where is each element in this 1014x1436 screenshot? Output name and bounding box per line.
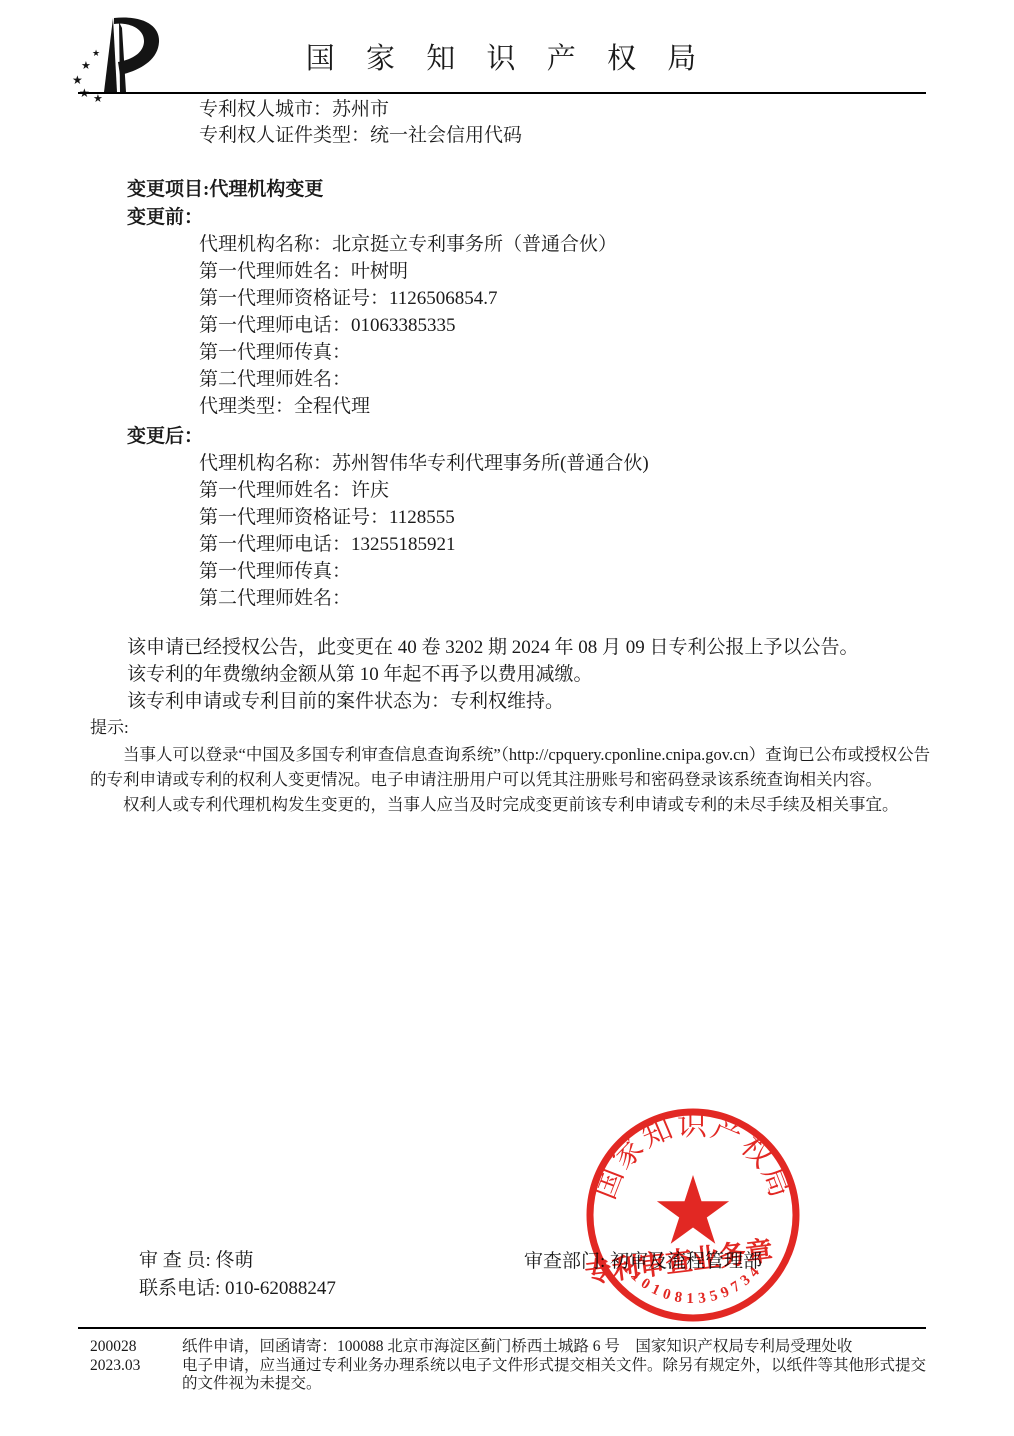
tips-block: 当事人可以登录“中国及多国专利审查信息查询系统”（http://cpquery.… <box>90 742 940 817</box>
footer-rule <box>78 1327 926 1329</box>
announcement-publication-line: 该申请已经授权公告，此变更在 40 卷 3202 期 2024 年 08 月 0… <box>127 634 859 661</box>
before-agency-type: 代理类型：全程代理 <box>199 393 617 420</box>
change-before-label: 变更前： <box>127 204 203 231</box>
announcement-fee-line: 该专利的年费缴纳金额从第 10 年起不再予以费用减缴。 <box>127 661 859 688</box>
patentee-city-line: 专利权人城市：苏州市 <box>199 96 389 123</box>
change-item-label: 变更项目:代理机构变更 <box>127 176 323 203</box>
seal-star-icon <box>657 1175 729 1244</box>
before-change-list: 代理机构名称：北京挺立专利事务所（普通合伙） 第一代理师姓名：叶树明 第一代理师… <box>199 231 617 420</box>
after-first-agent-fax: 第一代理师传真： <box>199 558 649 585</box>
change-after-label: 变更后： <box>127 423 203 450</box>
tips-paragraph-query-system: 当事人可以登录“中国及多国专利审查信息查询系统”（http://cpquery.… <box>90 742 940 792</box>
agency-title: 国 家 知 识 产 权 局 <box>0 36 1014 77</box>
tips-label: 提示: <box>90 716 129 740</box>
footer-paper-filing-note: 纸件申请，回函请寄：100088 北京市海淀区蓟门桥西土城路 6 号 国家知识产… <box>182 1338 938 1357</box>
after-first-agent-phone: 第一代理师电话：13255185921 <box>199 531 649 558</box>
announcement-status-line: 该专利申请或专利目前的案件状态为：专利权维持。 <box>127 688 859 715</box>
before-second-agent-name: 第二代理师姓名： <box>199 366 617 393</box>
document-page: ★ ★ ★ ★ ★ 国 家 知 识 产 权 局 专利权人城市：苏州市 专利权人证… <box>0 0 1014 1436</box>
before-first-agent-name: 第一代理师姓名：叶树明 <box>199 258 617 285</box>
announcement-block: 该申请已经授权公告，此变更在 40 卷 3202 期 2024 年 08 月 0… <box>127 634 859 715</box>
after-first-agent-name: 第一代理师姓名：许庆 <box>199 477 649 504</box>
tips-paragraph-obligation: 权利人或专利代理机构发生变更的，当事人应当及时完成变更前该专利申请或专利的未尽手… <box>90 792 940 817</box>
before-agency-name: 代理机构名称：北京挺立专利事务所（普通合伙） <box>199 231 617 258</box>
footer-electronic-filing-note: 电子申请，应当通过专利业务办理系统以电子文件形式提交相关文件。除另有规定外，以纸… <box>182 1357 938 1394</box>
examiner-line: 审 查 员: 佟萌 <box>139 1247 254 1274</box>
patentee-cert-type-line: 专利权人证件类型：统一社会信用代码 <box>199 122 522 149</box>
before-first-agent-phone: 第一代理师电话：01063385335 <box>199 312 617 339</box>
footer-notes: 纸件申请，回函请寄：100088 北京市海淀区蓟门桥西土城路 6 号 国家知识产… <box>182 1338 938 1394</box>
before-first-agent-fax: 第一代理师传真： <box>199 339 617 366</box>
before-first-agent-cert: 第一代理师资格证号：1126506854.7 <box>199 285 617 312</box>
header-rule <box>78 92 926 94</box>
after-second-agent-name: 第二代理师姓名： <box>199 585 649 612</box>
form-date: 2023.03 <box>90 1357 140 1376</box>
after-agency-name: 代理机构名称：苏州智伟华专利代理事务所(普通合伙) <box>199 450 649 477</box>
official-seal: 国家知识产权局 专利审查业务章 1101081359734 <box>581 1103 805 1327</box>
form-code: 200028 <box>90 1338 137 1357</box>
after-first-agent-cert: 第一代理师资格证号：1128555 <box>199 504 649 531</box>
after-change-list: 代理机构名称：苏州智伟华专利代理事务所(普通合伙) 第一代理师姓名：许庆 第一代… <box>199 450 649 612</box>
contact-phone-line: 联系电话: 010-62088247 <box>139 1275 336 1302</box>
